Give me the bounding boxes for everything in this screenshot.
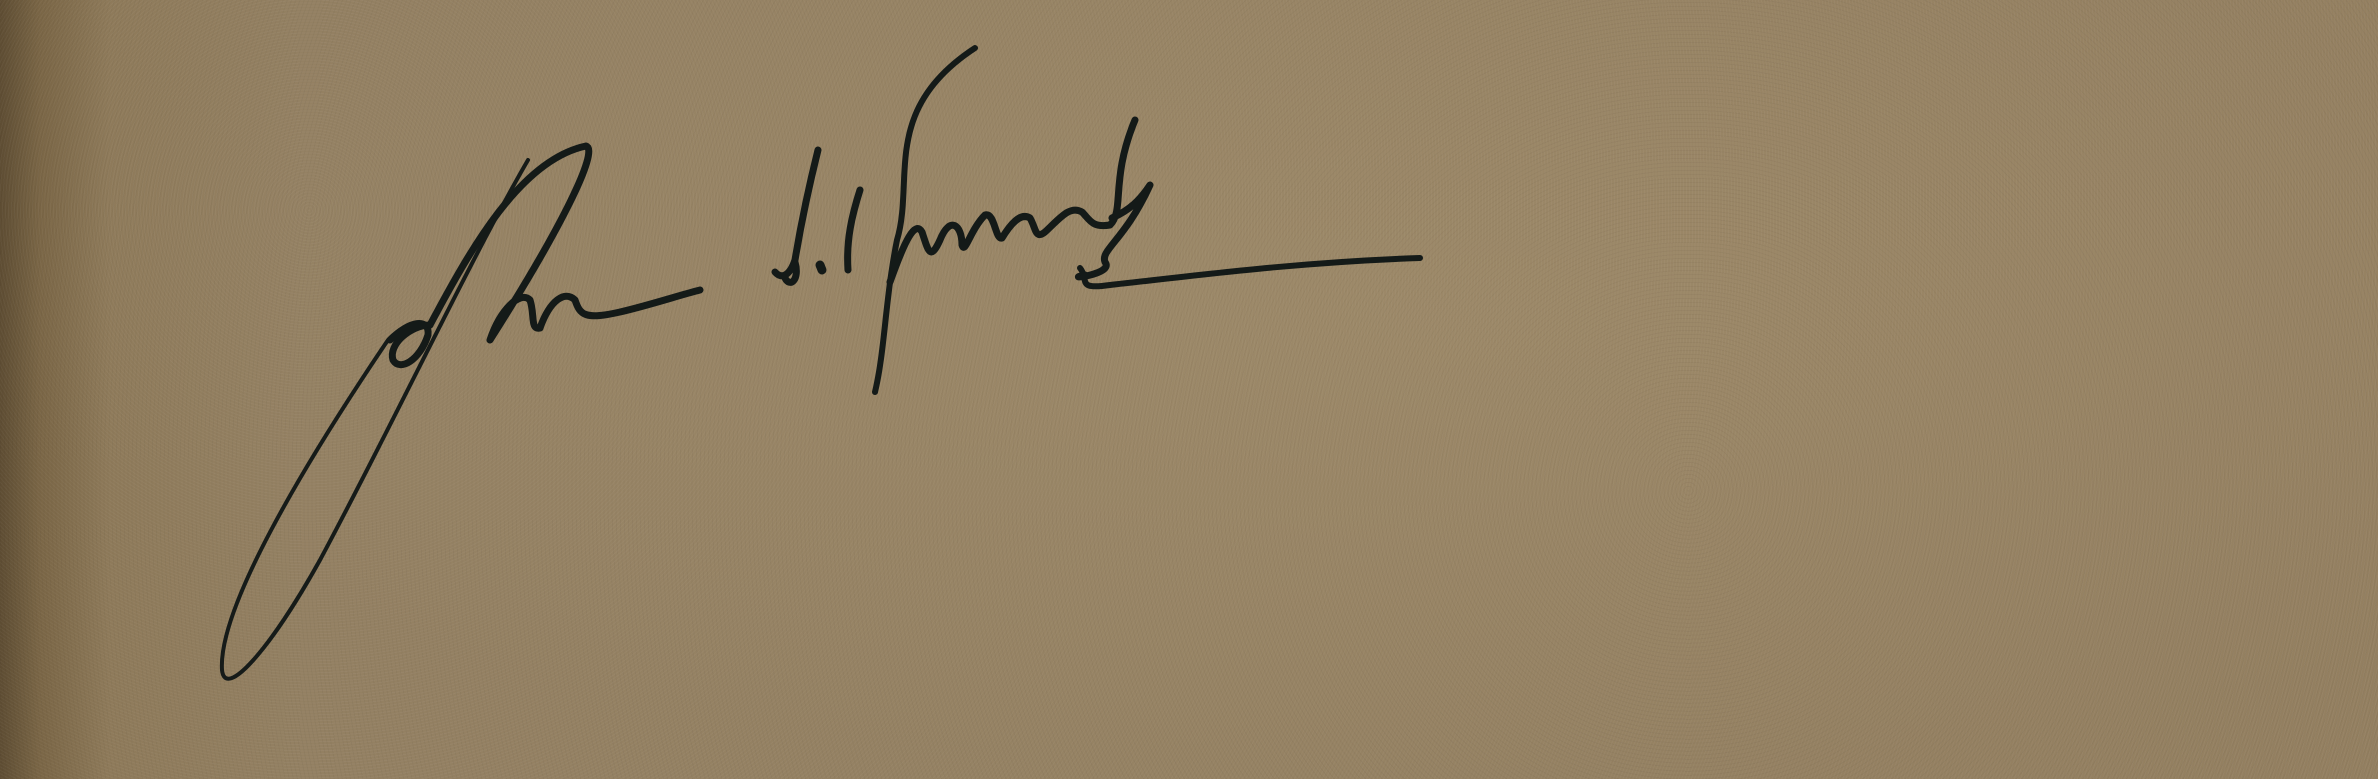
letters-ennedy-stroke xyxy=(890,120,1150,282)
letter-f-stroke xyxy=(775,150,818,282)
letter-h-stroke xyxy=(430,146,589,340)
period-dot xyxy=(820,265,822,270)
initial-mark-stroke xyxy=(848,190,860,270)
signature-graphic xyxy=(0,0,2378,779)
letter-n-stroke xyxy=(540,290,700,328)
signature-strokes xyxy=(222,48,1420,679)
paper-background: John F. Kennedy xyxy=(0,0,2378,779)
underline-flourish-stroke xyxy=(1080,258,1420,286)
letter-k-stroke xyxy=(875,48,975,392)
